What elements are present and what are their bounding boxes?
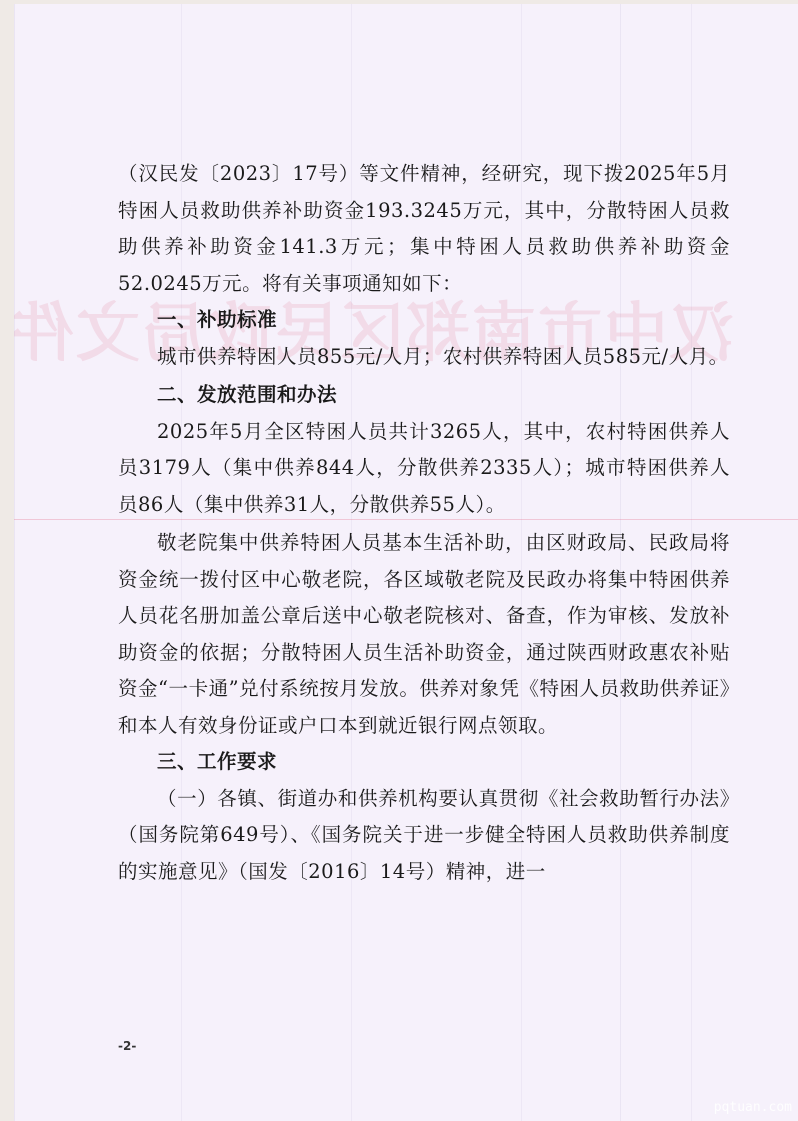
scope-paragraph: 2025年5月全区特困人员共计3265人，其中，农村特困供养人员3179人（集中… [118, 414, 730, 524]
section-heading-scope-and-method: 二、发放范围和办法 [118, 377, 730, 414]
document-page: 汉中市南郑区民政局文件 （汉民发〔2023〕17号）等文件精神，经研究，现下拨2… [14, 4, 798, 1121]
intro-paragraph: （汉民发〔2023〕17号）等文件精神，经研究，现下拨2025年5月特困人员救助… [118, 156, 730, 302]
document-body: （汉民发〔2023〕17号）等文件精神，经研究，现下拨2025年5月特困人员救助… [118, 156, 730, 890]
site-watermark: pqtuan.com [714, 1100, 792, 1115]
section-heading-work-requirements: 三、工作要求 [118, 744, 730, 781]
section-heading-subsidy-standard: 一、补助标准 [118, 302, 730, 339]
method-paragraph: 敬老院集中供养特困人员基本生活补助，由区财政局、民政局将资金统一拨付区中心敬老院… [118, 525, 730, 744]
subsidy-standard-paragraph: 城市供养特困人员855元/人月；农村供养特困人员585元/人月。 [118, 339, 730, 376]
work-requirement-paragraph-1: （一）各镇、街道办和供养机构要认真贯彻《社会救助暂行办法》（国务院第649号）、… [118, 781, 730, 891]
page-number: -2- [118, 1039, 136, 1053]
